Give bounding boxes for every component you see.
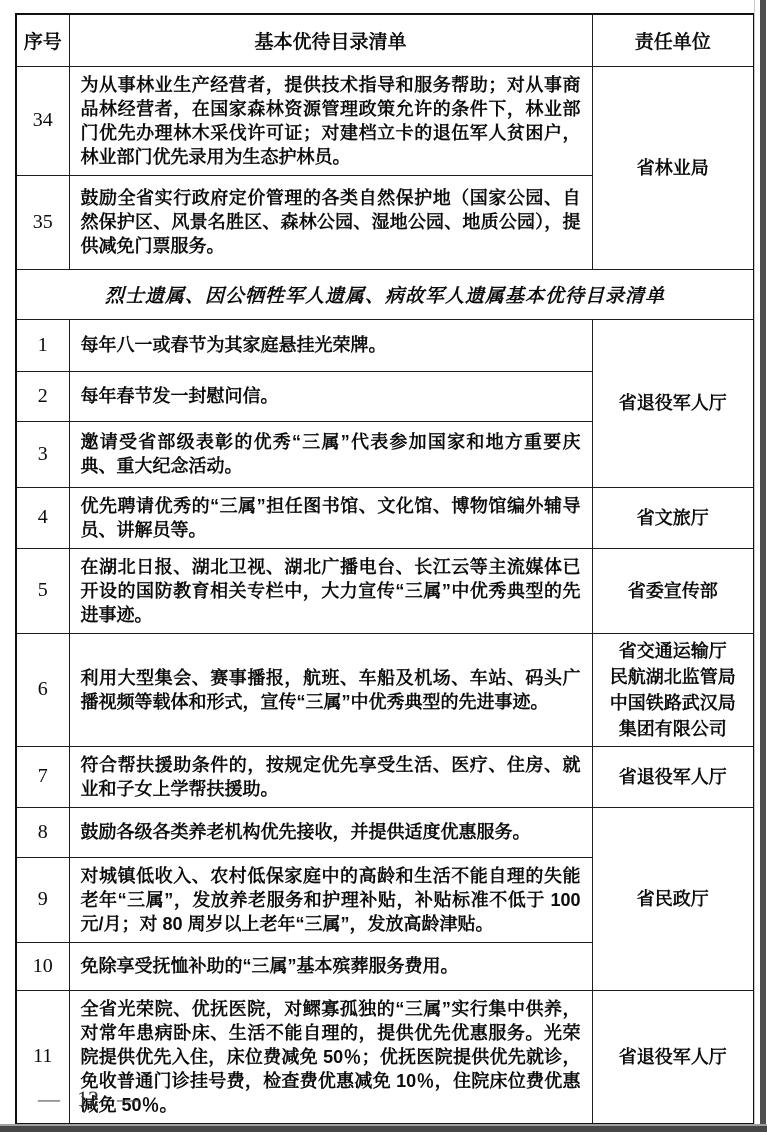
unit-cell: 省林业局: [592, 66, 754, 269]
row-number-cell: 6: [16, 633, 69, 746]
row-content-cell: 符合帮扶援助条件的，按规定优先享受生活、医疗、住房、就业和子女上学帮扶援助。: [69, 746, 592, 807]
row-number-cell: 4: [16, 487, 69, 548]
col-header-list: 基本优待目录清单: [69, 14, 592, 66]
section-title: 烈士遗属、因公牺牲军人遗属、病故军人遗属基本优待目录清单: [16, 269, 754, 319]
row-number-cell: 1: [16, 319, 69, 371]
unit-cell: 省退役军人厅: [592, 319, 754, 487]
footer-dash-left: —: [38, 1086, 59, 1112]
unit-cell: 省文旅厅: [592, 487, 754, 548]
section-header-row: 烈士遗属、因公牺牲军人遗属、病故军人遗属基本优待目录清单: [16, 269, 754, 319]
table-row: 6 利用大型集会、赛事播报，航班、车船及机场、车站、码头广播视频等载体和形式，宣…: [16, 633, 754, 746]
row-number-cell: 10: [16, 942, 69, 990]
row-number-cell: 2: [16, 371, 69, 421]
col-header-serial: 序号: [16, 14, 69, 66]
page-edge-line: [754, 0, 755, 1132]
row-number-cell: 3: [16, 421, 69, 487]
row-content-cell: 免除享受抚恤补助的“三属”基本殡葬服务费用。: [69, 942, 592, 990]
document-page: 序号 基本优待目录清单 责任单位 34 为从事林业生产经营者，提供技术指导和服务…: [0, 0, 767, 1132]
page-footer: — 12 —: [38, 1086, 138, 1112]
row-content-cell: 邀请受省部级表彰的优秀“三属”代表参加国家和地方重要庆典、重大纪念活动。: [69, 421, 592, 487]
table-row: 1 每年八一或春节为其家庭悬挂光荣牌。 省退役军人厅: [16, 319, 754, 371]
row-content-cell: 在湖北日报、湖北卫视、湖北广播电台、长江云等主流媒体已开设的国防教育相关专栏中，…: [69, 548, 592, 633]
row-content-cell: 每年春节发一封慰问信。: [69, 371, 592, 421]
unit-cell: 省退役军人厅: [592, 746, 754, 807]
page-number: 12: [77, 1086, 99, 1112]
row-content-cell: 鼓励各级各类养老机构优先接收，并提供适度优惠服务。: [69, 807, 592, 857]
table-row: 5 在湖北日报、湖北卫视、湖北广播电台、长江云等主流媒体已开设的国防教育相关专栏…: [16, 548, 754, 633]
row-content-cell: 利用大型集会、赛事播报，航班、车船及机场、车站、码头广播视频等载体和形式，宣传“…: [69, 633, 592, 746]
row-number-cell: 5: [16, 548, 69, 633]
table-header-row: 序号 基本优待目录清单 责任单位: [16, 14, 754, 66]
footer-dash-right: —: [117, 1086, 138, 1112]
row-content-cell: 为从事林业生产经营者，提供技术指导和服务帮助；对从事商品林经营者，在国家森林资源…: [69, 66, 592, 175]
row-content-cell: 每年八一或春节为其家庭悬挂光荣牌。: [69, 319, 592, 371]
col-header-unit: 责任单位: [592, 14, 754, 66]
table-row: 4 优先聘请优秀的“三属”担任图书馆、文化馆、博物馆编外辅导员、讲解员等。 省文…: [16, 487, 754, 548]
row-number-cell: 9: [16, 857, 69, 942]
table-row: 8 鼓励各级各类养老机构优先接收，并提供适度优惠服务。 省民政厅: [16, 807, 754, 857]
row-content-cell: 对城镇低收入、农村低保家庭中的高龄和生活不能自理的失能老年“三属”，发放养老服务…: [69, 857, 592, 942]
page-edge-bottom: [0, 1124, 767, 1132]
table-row: 7 符合帮扶援助条件的，按规定优先享受生活、医疗、住房、就业和子女上学帮扶援助。…: [16, 746, 754, 807]
row-content-cell: 鼓励全省实行政府定价管理的各类自然保护地（国家公园、自然保护区、风景名胜区、森林…: [69, 175, 592, 269]
unit-cell: 省委宣传部: [592, 548, 754, 633]
benefits-table: 序号 基本优待目录清单 责任单位 34 为从事林业生产经营者，提供技术指导和服务…: [15, 13, 755, 1125]
row-number-cell: 7: [16, 746, 69, 807]
row-number-cell: 35: [16, 175, 69, 269]
table-row: 34 为从事林业生产经营者，提供技术指导和服务帮助；对从事商品林经营者，在国家森…: [16, 66, 754, 175]
unit-cell: 省民政厅: [592, 807, 754, 990]
unit-cell: 省退役军人厅: [592, 990, 754, 1124]
row-content-cell: 全省光荣院、优抚医院，对鳏寡孤独的“三属”实行集中供养，对常年患病卧床、生活不能…: [69, 990, 592, 1124]
row-number-cell: 34: [16, 66, 69, 175]
row-content-cell: 优先聘请优秀的“三属”担任图书馆、文化馆、博物馆编外辅导员、讲解员等。: [69, 487, 592, 548]
row-number-cell: 8: [16, 807, 69, 857]
page-edge-right: [760, 0, 766, 1132]
unit-cell: 省交通运输厅 民航湖北监管局 中国铁路武汉局 集团有限公司: [592, 633, 754, 746]
